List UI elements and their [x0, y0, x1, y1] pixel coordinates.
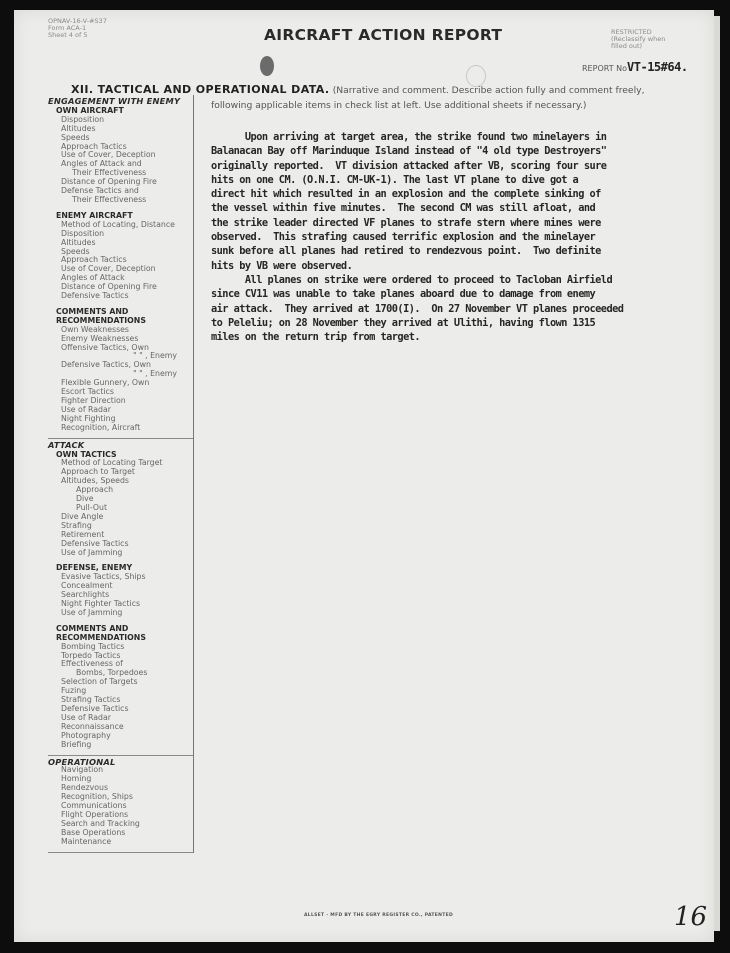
narrative-line: hits on one CM. (O.N.I. CM-UK-1). The la…: [211, 173, 730, 187]
narrative-line: air attack. They arrived at 1700(I). On …: [211, 302, 730, 316]
checklist-section: ENGAGEMENT WITH ENEMYOWN AIRCRAFTDisposi…: [48, 95, 193, 439]
narrative-line: Balanacan Bay off Marinduque Island inst…: [211, 144, 730, 158]
form-id-line: Sheet 4 of 5: [48, 32, 107, 39]
narrative-line: the vessel within five minutes. The seco…: [211, 201, 730, 215]
narrative-line: the strike leader directed VF planes to …: [211, 216, 730, 230]
narrative-line: to Peleliu; on 28 November they arrived …: [211, 316, 730, 330]
checklist-item: Use of Jamming: [48, 549, 193, 558]
checklist-item: Dive: [48, 495, 193, 504]
narrative-text: Upon arriving at target area, the strike…: [211, 130, 730, 344]
narrative-line: miles on the return trip from target.: [211, 330, 730, 344]
checklist-item: Their Effectiveness: [48, 196, 193, 205]
printer-imprint: ALLSET - MFD BY THE EGRY REGISTER CO., P…: [304, 913, 453, 918]
checklist-section: ATTACKOWN TACTICSMethod of Locating Targ…: [48, 439, 193, 756]
narrative-line: All planes on strike were ordered to pro…: [211, 273, 730, 287]
narrative-line: hits by VB were observed.: [211, 259, 730, 273]
checklist-item: Approach: [48, 486, 193, 495]
classification-notice: RESTRICTED (Reclassify when filled out): [611, 29, 665, 50]
checklist-item: Briefing: [48, 741, 193, 750]
report-number-label: REPORT No: [582, 64, 627, 73]
narrative-line: direct hit which resulted in an explosio…: [211, 187, 730, 201]
document-title: AIRCRAFT ACTION REPORT: [264, 26, 502, 44]
check-list: ENGAGEMENT WITH ENEMYOWN AIRCRAFTDisposi…: [48, 95, 194, 853]
report-number: REPORT NoVT-15#64.: [582, 60, 688, 74]
checklist-item: Recognition, Aircraft: [48, 424, 193, 433]
checklist-section: OPERATIONALNavigationHomingRendezvousRec…: [48, 756, 193, 853]
checklist-item: Maintenance: [48, 838, 193, 847]
checklist-group-title: COMMENTS AND RECOMMENDATIONS: [48, 625, 193, 643]
ink-blot-mark: [260, 56, 274, 76]
report-sheet: OPNAV-16-V-#S37 Form ACA-1 Sheet 4 of 5 …: [14, 10, 714, 942]
narrative-line: Upon arriving at target area, the strike…: [211, 130, 730, 144]
section-instructions-continued: following applicable items in check list…: [211, 100, 586, 111]
narrative-line: since CV11 was unable to take planes abo…: [211, 287, 730, 301]
report-number-value: VT-15#64.: [627, 60, 688, 74]
form-identifier: OPNAV-16-V-#S37 Form ACA-1 Sheet 4 of 5: [48, 18, 107, 39]
checklist-group-title: COMMENTS AND RECOMMENDATIONS: [48, 308, 193, 326]
checklist-section-title: ENGAGEMENT WITH ENEMY: [48, 97, 193, 106]
checklist-item: Use of Jamming: [48, 609, 193, 618]
narrative-line: observed. This strafing caused terrific …: [211, 230, 730, 244]
checklist-section-title: ATTACK: [48, 441, 193, 450]
checklist-item: Altitudes, Speeds: [48, 477, 193, 486]
section-instructions: (Narrative and comment. Describe action …: [333, 85, 645, 96]
classification-line: filled out): [611, 43, 665, 50]
narrative-line: originally reported. VT division attacke…: [211, 159, 730, 173]
narrative-line: sunk before all planes had retired to re…: [211, 244, 730, 258]
handwritten-page-number: 16: [674, 902, 707, 932]
checklist-item: Defensive Tactics: [48, 292, 193, 301]
